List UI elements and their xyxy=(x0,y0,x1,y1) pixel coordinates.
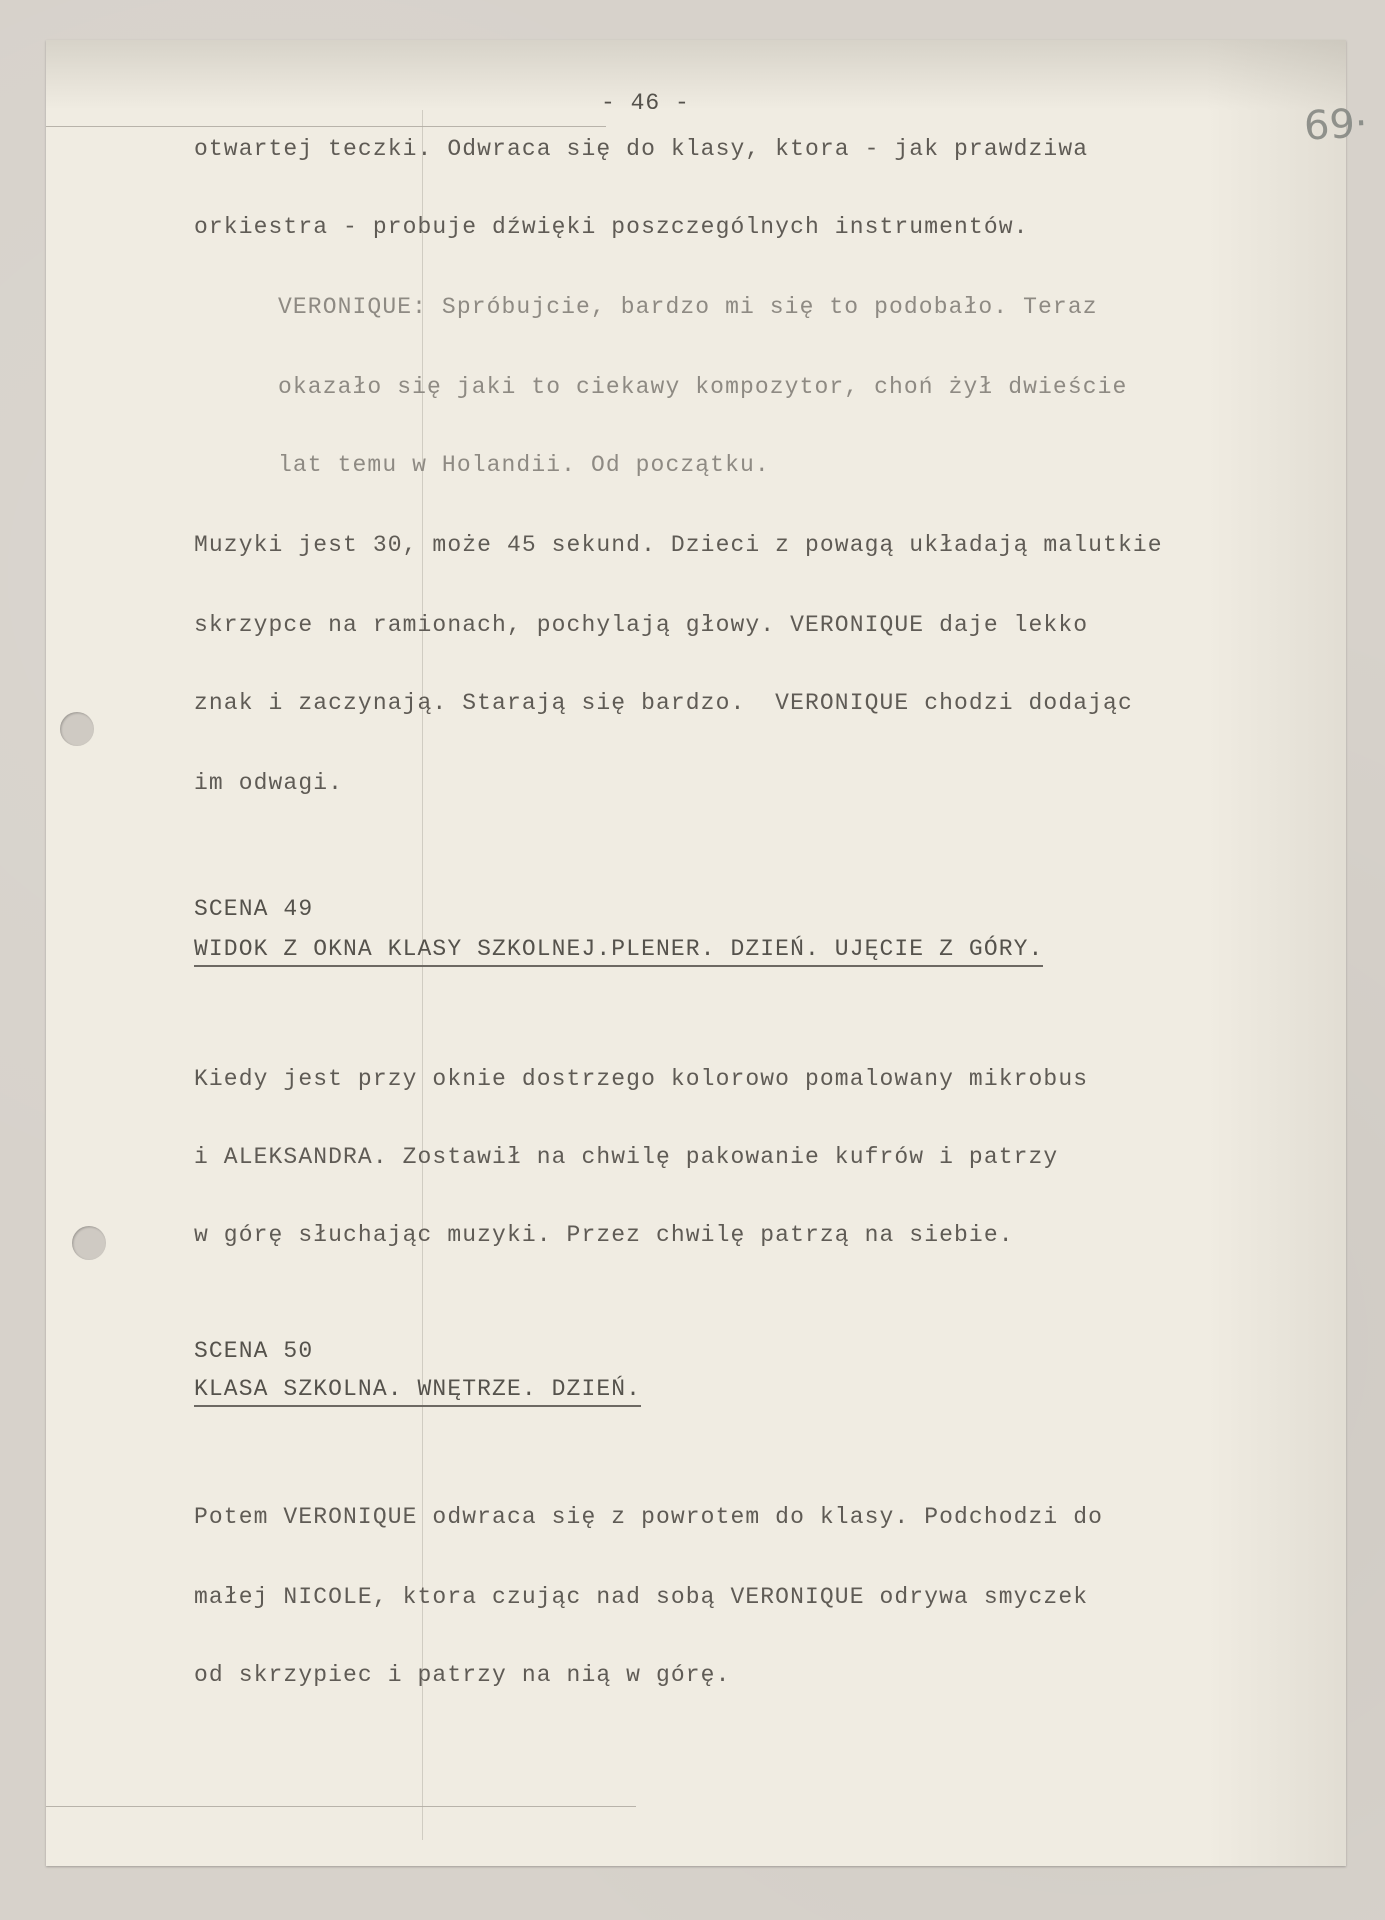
bottom-fold-line xyxy=(46,1806,636,1807)
text-line: otwartej teczki. Odwraca się do klasy, k… xyxy=(194,138,1088,161)
text-line: Potem VERONIQUE odwraca się z powrotem d… xyxy=(194,1506,1103,1529)
text-line: i ALEKSANDRA. Zostawił na chwilę pakowan… xyxy=(194,1146,1058,1169)
dialogue-line: VERONIQUE: Spróbujcie, bardzo mi się to … xyxy=(278,296,1098,319)
text-line: Muzyki jest 30, może 45 sekund. Dzieci z… xyxy=(194,534,1163,557)
top-fold-line xyxy=(46,126,606,127)
text-line: orkiestra - probuje dźwięki poszczególny… xyxy=(194,216,1029,239)
text-line: małej NICOLE, ktora czując nad sobą VERO… xyxy=(194,1586,1088,1609)
text-line: od skrzypiec i patrzy na nią w górę. xyxy=(194,1664,730,1687)
archive-number-handwritten: 69· xyxy=(1303,100,1369,149)
text-line: im odwagi. xyxy=(194,772,343,795)
scene-50-slugline: KLASA SZKOLNA. WNĘTRZE. DZIEŃ. xyxy=(194,1378,641,1407)
margin-crease xyxy=(422,110,423,1840)
text-line: znak i zaczynają. Starają się bardzo. VE… xyxy=(194,692,1133,715)
scene-49-heading: SCENA 49 xyxy=(194,898,313,921)
text-line: Kiedy jest przy oknie dostrzego kolorowo… xyxy=(194,1068,1088,1091)
page-number: - 46 - xyxy=(601,90,690,116)
scene-49-slugline: WIDOK Z OKNA KLASY SZKOLNEJ.PLENER. DZIE… xyxy=(194,938,1043,967)
typewritten-page: - 46 - 69· otwartej teczki. Odwraca się … xyxy=(46,40,1346,1866)
dialogue-line: okazało się jaki to ciekawy kompozytor, … xyxy=(278,376,1127,399)
text-line: skrzypce na ramionach, pochylają głowy. … xyxy=(194,614,1088,637)
text-line: w górę słuchając muzyki. Przez chwilę pa… xyxy=(194,1224,1014,1247)
scene-50-heading: SCENA 50 xyxy=(194,1340,313,1363)
punch-hole-bottom xyxy=(72,1226,106,1260)
dialogue-line: lat temu w Holandii. Od początku. xyxy=(278,454,770,477)
punch-hole-top xyxy=(60,712,94,746)
